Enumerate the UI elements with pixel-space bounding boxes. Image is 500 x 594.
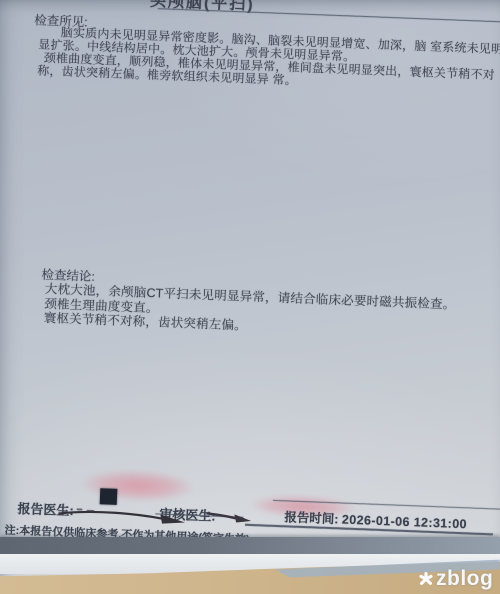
redaction-smudge-left [81,468,194,502]
star-flower-icon [418,571,434,587]
ct-report-photo: 头颅脑(平扫) 检查所见: 脑实质内未见明显异常密度影。脑沟、脑裂未见明显增宽、… [0,0,500,594]
findings-paragraph: 脑实质内未见明显异常密度影。脑沟、脑裂未见明显增宽、加深，脑 室系统未见明 显扩… [37,26,489,95]
report-paper: 头颅脑(平扫) 检查所见: 脑实质内未见明显异常密度影。脑沟、脑裂未见明显增宽、… [0,0,500,565]
watermark: zblog [418,567,493,591]
redaction-stamp-square [100,488,118,505]
title-underline [158,8,500,23]
conclusion-paragraph: 大枕大池，余颅脑CT平扫未见明显异常，请结合临床必要时磁共振检查。 颈椎生理曲度… [44,282,456,341]
paper-edge-shadow-band [0,537,500,554]
report-time-label: 报告时间: [284,510,339,526]
watermark-text: zblog [436,567,493,591]
